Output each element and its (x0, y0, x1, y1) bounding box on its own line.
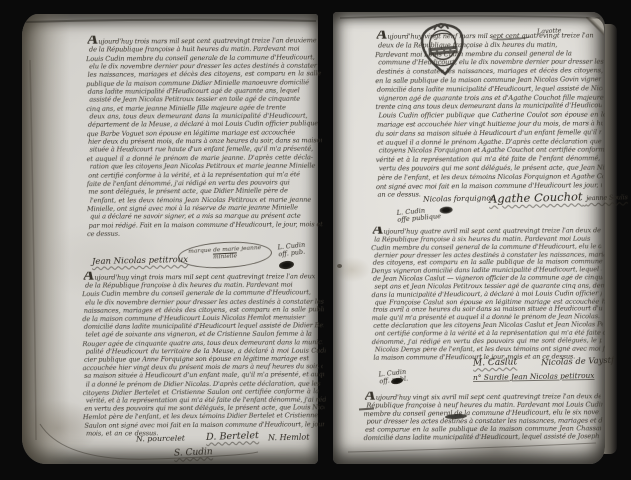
signature-name: Agathe Couchot (489, 189, 583, 205)
manuscript-line: vérité, et à la représentation qui m'a é… (86, 396, 326, 405)
manuscript-line: ration que les citoyens Jean Nicolas Pet… (90, 162, 324, 171)
manuscript-line: vertu des pouvoirs qui me sont délégués,… (379, 163, 605, 173)
margin-note-oval: marque de marie jeanne minielle (177, 240, 272, 271)
manuscript-line: du soir dans sa maison située à Heudicou… (376, 128, 602, 139)
manuscript-line: ce dessus. (87, 228, 321, 238)
ink-blot (279, 260, 295, 270)
register-act-right-1: Aujourd'huy vingt neuf mars mil sept cen… (376, 29, 603, 200)
register-act-left-1: Aujourd'huy trois mars mil sept cent qua… (87, 34, 322, 238)
manuscript-line: qui a déclaré ne savoir signer, et a mis… (90, 212, 324, 221)
manuscript-line: elu le dix novembre dernier pour dresser… (89, 62, 323, 71)
speck-on-gutter (337, 264, 342, 268)
manuscript-line: que Françoise Caslut son épouse en légit… (375, 298, 605, 307)
left-page: Aujourd'huy trois mars mil sept cent qua… (22, 14, 318, 464)
signature: N. pourcelet (136, 434, 185, 444)
officer-signature: S. Cudin (174, 447, 213, 459)
manuscript-line: que Barbe Voguet son épouse en légitime … (86, 128, 320, 138)
signature: M. Caslut (473, 357, 517, 368)
manuscript-line: commune d'Heudicourt, elu le dix novembr… (378, 58, 604, 68)
folded-corner (586, 17, 604, 37)
register-act-left-2: Aujourd'huy vingt trois mars mil sept ce… (83, 270, 324, 438)
manuscript-line: domicilié dans ladite municipalité d'Heu… (364, 433, 600, 443)
officer-signature-title: offe publique (397, 213, 441, 224)
officer-signature: L. Cudin offe publique (396, 206, 441, 225)
manuscript-line: Louis Cudin officier publique que Cather… (378, 111, 604, 121)
signature: D. Bertelet (206, 430, 259, 443)
register-act-right-3: Aujourd'huy vingt six avril mil sept cen… (365, 390, 601, 442)
page-edge-stain (22, 14, 70, 464)
manuscript-line: deux ans, tous deux demeurant dans la mu… (89, 112, 323, 121)
signature-suffix: jeanne Soulis (586, 193, 628, 202)
manuscript-line: pour dresser les actes destinés à consta… (367, 417, 603, 426)
manuscript-line: Aujourd'huy vingt neuf mars mil sept cen… (376, 29, 602, 41)
signature: Jean Nicolas petitroux (92, 255, 188, 267)
manuscript-line: faite de l'enfant dénommé, j'ai rédigé e… (87, 178, 321, 188)
scanned-register-spread: Aujourd'huy trois mars mil sept cent qua… (0, 0, 631, 480)
officer-signature-title: off. pub. (278, 249, 306, 259)
manuscript-line: en la salle publique de la maison commun… (375, 75, 601, 86)
manuscript-line: dernier pour dresser les actes destinés … (374, 251, 604, 260)
right-page: Lavotte Aujourd'huy vingt neuf mars mil … (333, 12, 605, 464)
manuscript-line: Nicolas Denys père de l'enfant, et les d… (375, 345, 605, 354)
signature: n° Surdie Jean Nicolas petitroux (473, 371, 595, 382)
manuscript-line: elu le dix novembre dernier pour dresser… (85, 297, 325, 306)
officer-signature: L. Cudin off. pub. (277, 242, 306, 259)
manuscript-line: palité d'Heudicourt du territoire de la … (85, 346, 325, 355)
manuscript-line: publique de la maison commune Didier Min… (86, 78, 320, 88)
signature: Nicolas forquignon (423, 193, 496, 203)
register-act-right-2: Aujourd'huy quatre avril mil sept cent q… (373, 225, 604, 362)
signature: Nicolas de Vaystf (541, 355, 614, 368)
ink-blot (391, 377, 404, 385)
signature: N. Hemlot (268, 433, 310, 443)
